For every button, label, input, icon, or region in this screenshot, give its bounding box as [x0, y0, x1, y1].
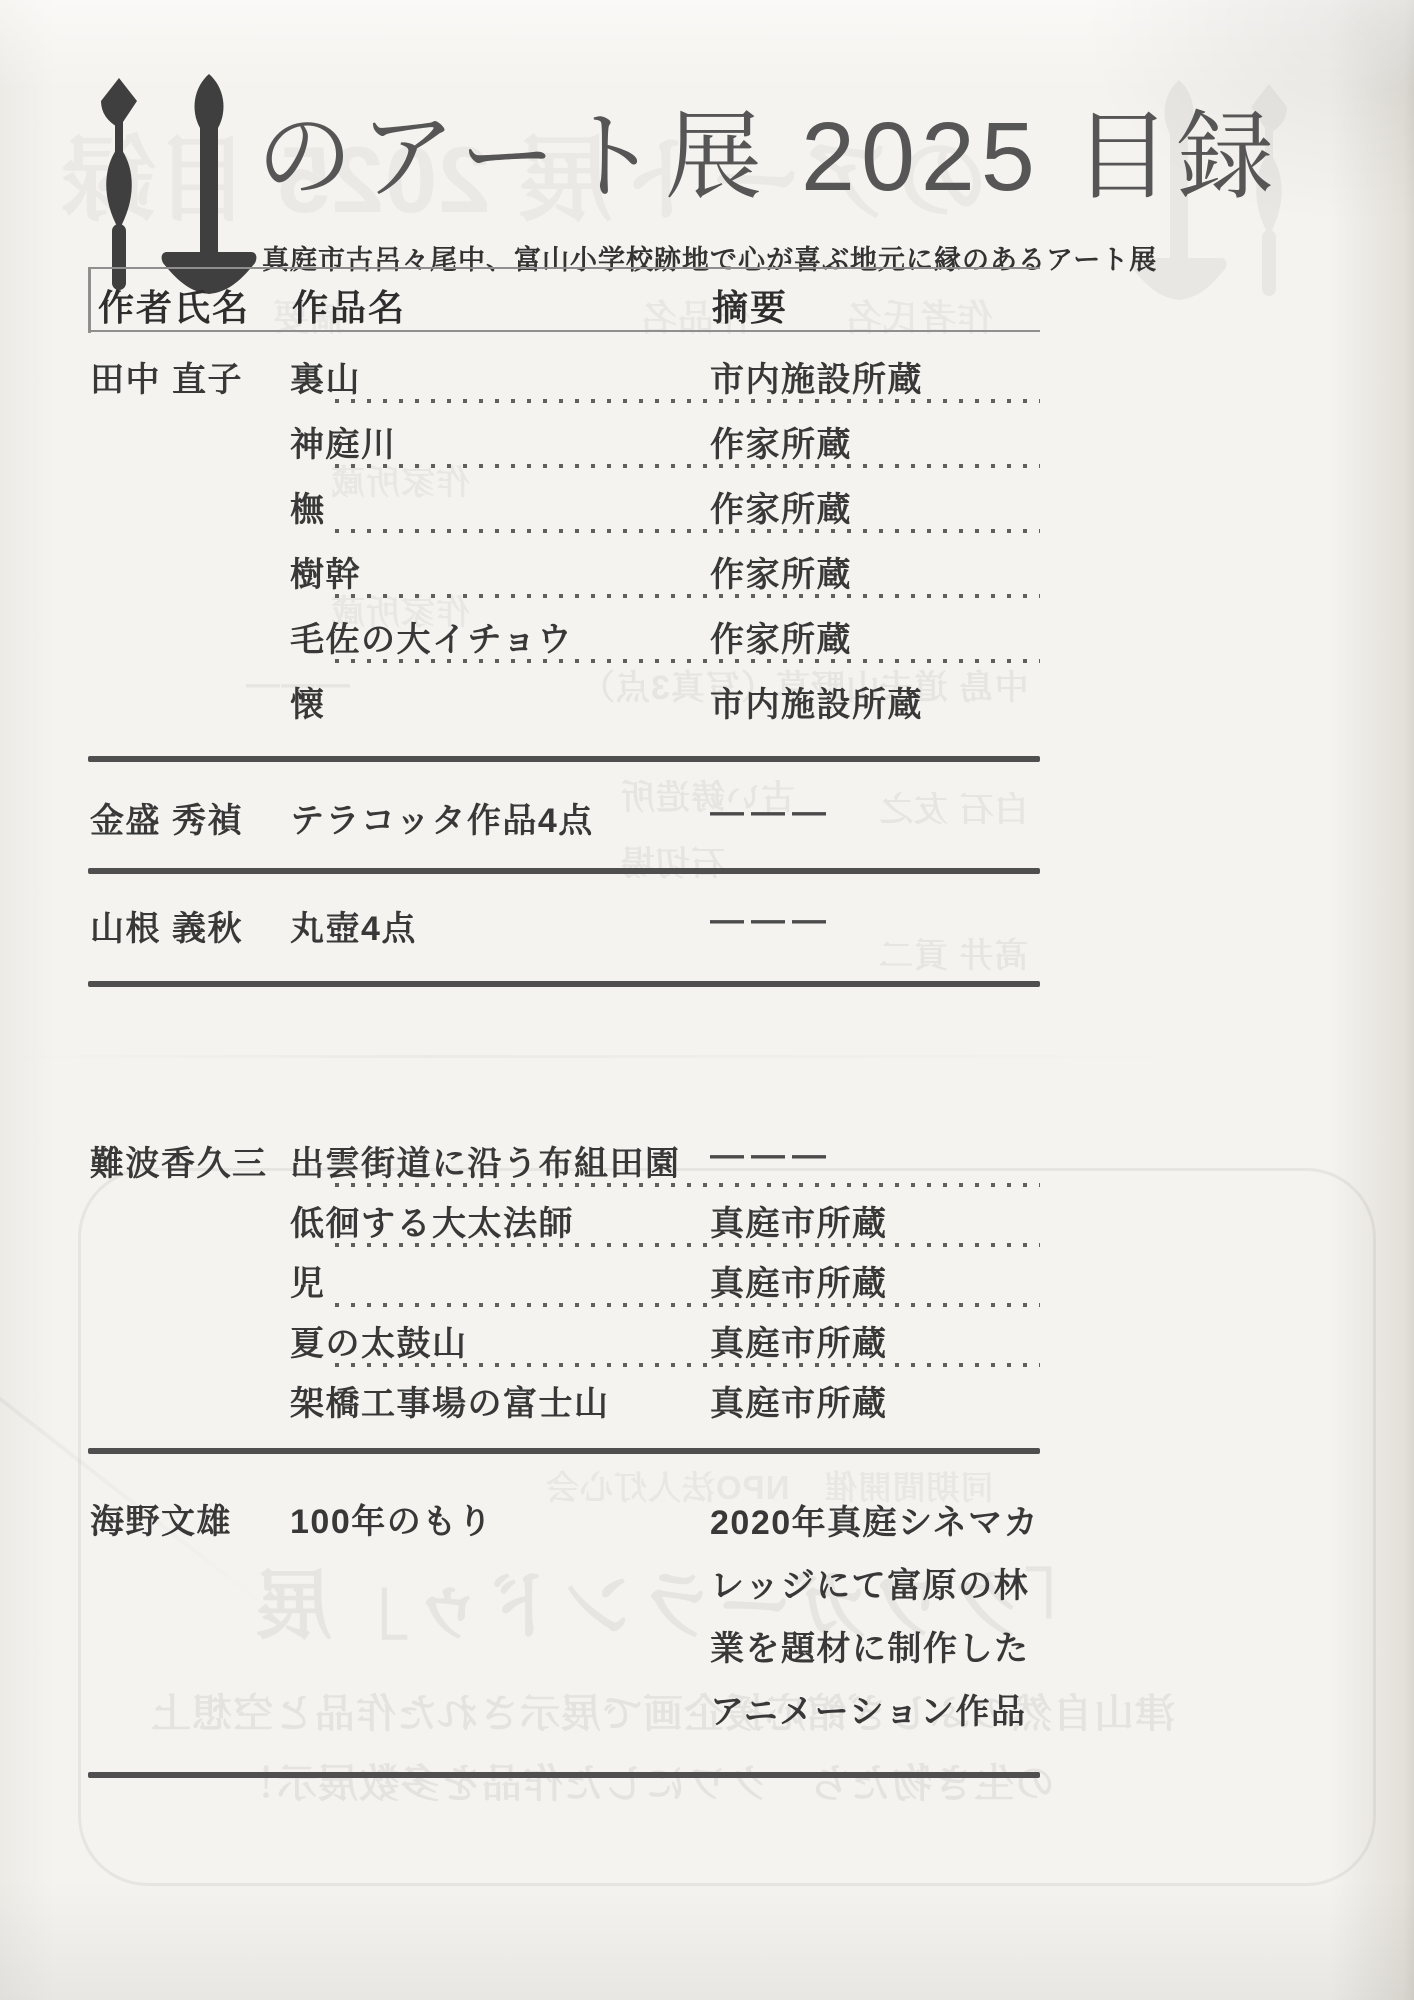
- remark: 作家所蔵: [710, 547, 852, 596]
- author-name: 難波香久三: [90, 1136, 268, 1185]
- work-title: 神庭川: [290, 417, 397, 466]
- column-header-remark: 摘要: [712, 280, 788, 331]
- row-dotted-divider: [335, 1303, 1040, 1307]
- group-divider-rule: [88, 981, 1040, 987]
- row-dotted-divider: [335, 1363, 1040, 1367]
- remark: 真庭市所蔵: [710, 1376, 888, 1425]
- row-dotted-divider: [335, 529, 1040, 533]
- author-name: 田中 直子: [90, 352, 243, 401]
- group-divider-rule: [88, 756, 1040, 762]
- page-subtitle: 真庭市古呂々尾中、富山小学校跡地で心が喜ぶ地元に縁のあるアート展: [262, 238, 1157, 277]
- scanned-catalog-page: のアート展 2025 目録摘要作品名作者氏名作家所蔵作家所蔵———山野草（写真3…: [0, 0, 1414, 2000]
- column-header-author: 作者氏名: [98, 280, 250, 331]
- bleedthrough-text: の生き物たち クワにした作品を多数展示！: [235, 1752, 1055, 1809]
- remark: 真庭市所蔵: [710, 1196, 888, 1245]
- work-title: 100年のもり: [290, 1494, 493, 1543]
- page-title: のアート展 2025 目録: [256, 78, 1280, 218]
- remark: 作家所蔵: [710, 482, 852, 531]
- group-divider-rule: [88, 1772, 1040, 1778]
- row-dotted-divider: [335, 594, 1040, 598]
- header-left-rule: [88, 267, 91, 333]
- work-title: 橅: [290, 482, 326, 531]
- work-title: 低徊する大太法師: [290, 1196, 574, 1245]
- remark: 作家所蔵: [710, 612, 852, 661]
- work-title: 夏の太鼓山: [290, 1316, 468, 1365]
- row-dotted-divider: [335, 464, 1040, 468]
- work-title: 出雲街道に沿う布組田園: [290, 1136, 681, 1185]
- author-name: 金盛 秀禎: [90, 793, 243, 842]
- remark: 真庭市所蔵: [710, 1256, 888, 1305]
- author-name: 海野文雄: [90, 1494, 232, 1543]
- remark: ———: [710, 793, 833, 832]
- bleedthrough-text: 作者氏名: [845, 290, 993, 341]
- column-header-work: 作品名: [292, 280, 406, 331]
- work-title: 児: [290, 1256, 326, 1305]
- work-title: 懐: [290, 677, 326, 726]
- remark: 作家所蔵: [710, 417, 852, 466]
- remark: 市内施設所蔵: [710, 677, 923, 726]
- header-top-rule: [88, 267, 1040, 269]
- remark: 市内施設所蔵: [710, 352, 923, 401]
- author-name: 山根 義秋: [90, 901, 243, 950]
- remark: ———: [710, 901, 833, 940]
- row-dotted-divider: [335, 659, 1040, 663]
- bleedthrough-text: 白石 友之: [878, 782, 1028, 831]
- row-dotted-divider: [335, 399, 1040, 403]
- work-title: 樹幹: [290, 547, 361, 596]
- row-dotted-divider: [335, 1183, 1040, 1187]
- mori-art-logo-icon: [88, 74, 260, 308]
- work-title: 架橋工事場の富士山: [290, 1376, 610, 1425]
- bleedthrough-text: 高井 貢二: [878, 928, 1028, 977]
- group-divider-rule: [88, 868, 1040, 874]
- work-title: 毛佐の大イチョウ: [290, 612, 573, 661]
- group-divider-rule: [88, 1448, 1040, 1454]
- bleedthrough-text: 石切場: [620, 836, 725, 885]
- work-title: テラコッタ作品4点: [290, 793, 594, 842]
- work-title: 丸壺4点: [290, 901, 417, 950]
- remark-paragraph: 2020年真庭シネマカレッジにて富原の林業を題材に制作したアニメーション作品: [710, 1492, 1058, 1744]
- remark: ———: [710, 1136, 833, 1175]
- work-title: 裏山: [290, 352, 361, 401]
- row-dotted-divider: [335, 1243, 1040, 1247]
- remark: 真庭市所蔵: [710, 1316, 888, 1365]
